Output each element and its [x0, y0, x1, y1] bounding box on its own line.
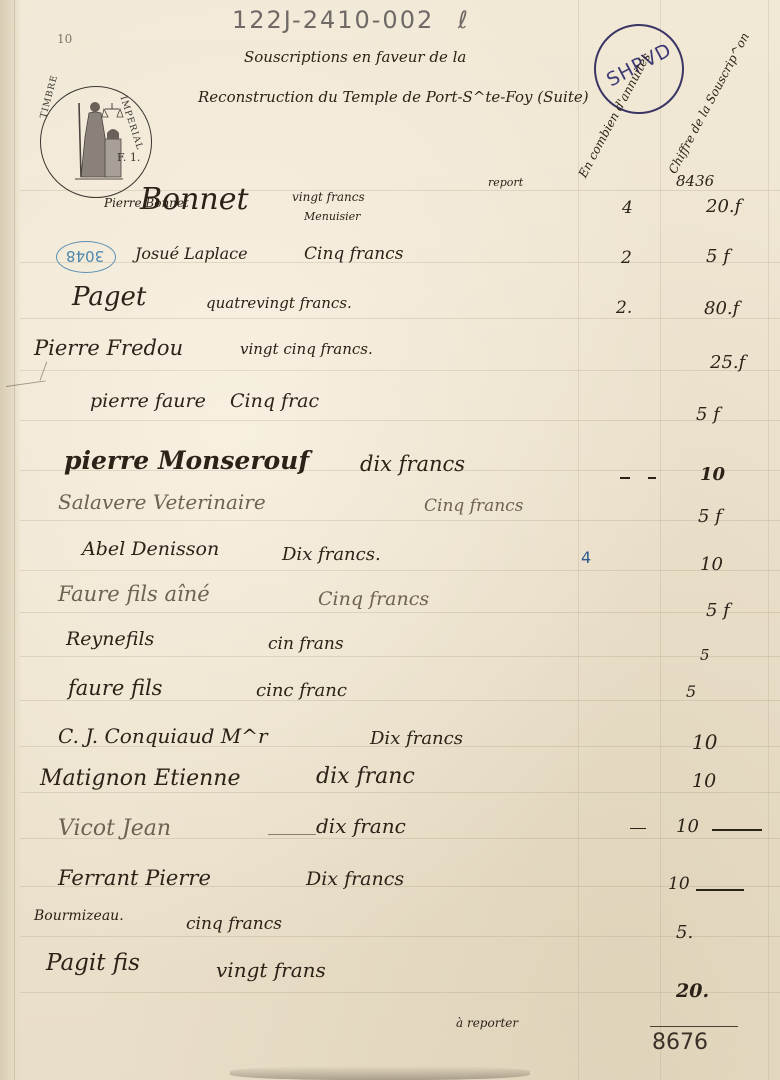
leader-dash	[696, 889, 744, 891]
entry-name: pierre Monserouf	[64, 446, 309, 475]
entry-installments: 2	[621, 248, 632, 268]
entry-amount-words: Cinq francs	[304, 244, 403, 264]
leader-dash	[648, 477, 656, 479]
archive-code-suffix: ℓ	[458, 6, 470, 34]
entry-name: Faure fils aîné	[58, 582, 210, 606]
entry-amount-words: cin frans	[268, 634, 344, 654]
archive-reference-code: 122J-2410-002 ℓ	[232, 6, 470, 34]
archive-code-text: 122J-2410-002	[232, 6, 434, 34]
carry-out-total: 8676	[652, 1030, 708, 1055]
carry-in-label: report	[488, 176, 523, 189]
entry-name: C. J. Conquiaud M^r	[58, 724, 268, 748]
ruled-line	[20, 570, 780, 571]
leader-dash	[712, 829, 762, 831]
ruled-line	[20, 520, 780, 521]
column-divider	[578, 0, 579, 1080]
ruled-line	[20, 420, 780, 421]
leader-dash	[268, 834, 316, 835]
entry-installments: 4	[622, 198, 633, 218]
entry-name: Reynefils	[66, 628, 154, 650]
entry-amount: 5	[686, 682, 696, 701]
entry-amount: 10	[692, 730, 717, 754]
paper-crack	[40, 362, 48, 381]
page-title-line-2: Reconstruction du Temple de Port-S^te-Fo…	[198, 88, 589, 106]
carry-in-value: 8436	[676, 172, 714, 190]
justice-figure-icon	[69, 97, 125, 183]
page-binding-edge	[0, 0, 22, 1080]
total-rule	[650, 1026, 738, 1027]
ruled-line	[20, 700, 780, 701]
entry-amount: 80.f	[704, 298, 739, 319]
entry-amount: 10	[676, 816, 699, 837]
page-title-line-1: Souscriptions en faveur de la	[244, 48, 466, 66]
carry-out-label: à reporter	[456, 1016, 518, 1030]
manuscript-page: 122J-2410-002 ℓ 10 Souscriptions en fave…	[0, 0, 780, 1080]
entry-amount-words: Cinq francs	[318, 588, 429, 610]
entry-amount: 5 f	[698, 506, 722, 527]
entry-amount: 20.	[676, 980, 709, 1002]
entry-name: Salavere Veterinaire	[58, 490, 266, 514]
entry-amount: 10	[700, 464, 725, 485]
entry-amount-words: vingt francs	[292, 190, 365, 204]
entry-amount: 5	[700, 646, 710, 664]
blue-margin-mark: 4	[581, 548, 591, 567]
folio-number: 10	[57, 32, 72, 46]
entry-amount-words: Dix francs.	[282, 544, 381, 565]
entry-name: Abel Denisson	[82, 538, 219, 560]
entry-name: Pierre Fredou	[34, 336, 183, 360]
entry-amount-words: cinc franc	[256, 680, 347, 701]
entry-name: Paget	[72, 282, 146, 312]
imperial-fiscal-stamp: TIMBRE IMPERIAL F. 1.	[40, 86, 152, 198]
entry-amount-words: Cinq francs	[424, 496, 523, 516]
entry-amount-words: dix franc	[316, 814, 406, 838]
stamp-text-left: TIMBRE	[39, 74, 60, 120]
entry-amount-words: Dix francs	[306, 868, 404, 890]
entry-name: pierre faure	[90, 390, 206, 412]
ink-smudge	[230, 1066, 530, 1080]
entry-name: Bourmizeau.	[34, 908, 124, 924]
inventory-stamp-text: 3048	[66, 247, 104, 265]
ruled-line	[20, 318, 780, 319]
margin-line	[14, 0, 15, 1080]
entry-name: Josué Laplace	[135, 244, 248, 263]
entry-name-large: Bonnet	[140, 182, 249, 217]
entry-amount: 5 f	[706, 600, 730, 621]
ruled-line	[20, 792, 780, 793]
leader-dash	[630, 828, 646, 829]
entry-name: Pagit fis	[46, 950, 140, 976]
entry-amount-words: cinq francs	[186, 914, 282, 934]
entry-amount: 10	[668, 874, 690, 894]
inventory-stamp: 3048	[56, 241, 116, 273]
entry-amount: 25.f	[710, 352, 745, 373]
entry-amount-words: dix francs	[360, 452, 465, 476]
ruled-line	[20, 612, 780, 613]
entry-name: faure fils	[68, 676, 162, 700]
leader-dash	[620, 477, 630, 479]
entry-amount-words: Dix francs	[370, 728, 463, 749]
entry-amount-words: quatrevingt francs.	[206, 294, 352, 312]
entry-amount-words: vingt frans	[216, 958, 326, 982]
entry-occupation: Menuisier	[304, 210, 360, 223]
ruled-line	[20, 370, 780, 371]
ruled-line	[20, 656, 780, 657]
entry-amount: 5.	[676, 922, 693, 943]
entry-amount: 10	[700, 554, 723, 575]
column-divider	[768, 0, 769, 1080]
stamp-value: F. 1.	[117, 151, 140, 164]
column-divider	[660, 0, 661, 1080]
entry-amount-words: Cinq frac	[230, 390, 319, 412]
entry-name: Ferrant Pierre	[58, 866, 211, 890]
entry-name: Matignon Etienne	[40, 766, 241, 791]
entry-amount-words: dix franc	[316, 764, 415, 789]
ruled-line	[20, 992, 780, 993]
entry-amount: 5 f	[696, 404, 720, 425]
entry-amount: 20.f	[706, 196, 741, 217]
entry-amount: 10	[692, 770, 716, 792]
entry-name: Vicot Jean	[58, 816, 171, 841]
ruled-line	[20, 936, 780, 937]
entry-amount-words: vingt cinq francs.	[240, 340, 373, 358]
entry-installments: 2.	[616, 298, 632, 318]
entry-amount: 5 f	[706, 246, 730, 267]
